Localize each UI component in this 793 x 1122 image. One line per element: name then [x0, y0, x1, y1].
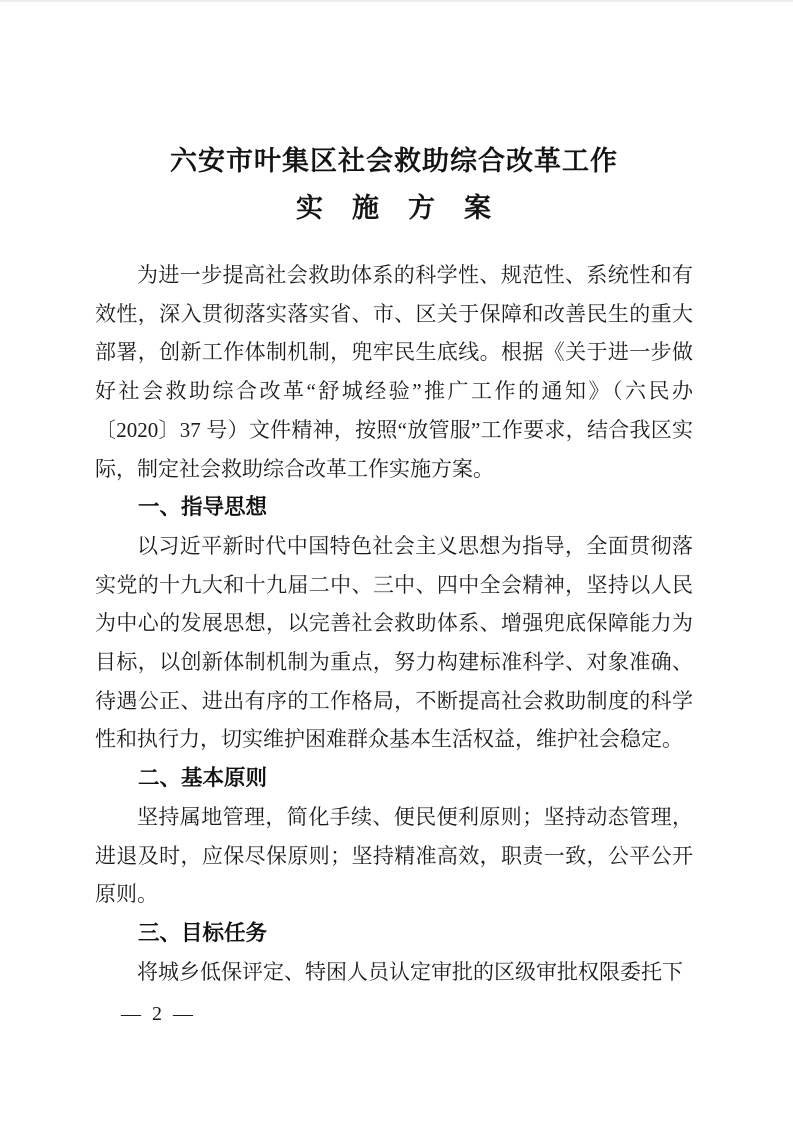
page-number: — 2 —	[121, 1000, 193, 1028]
document-page: 六安市叶集区社会救助综合改革工作 实 施 方 案 为进一步提高社会救助体系的科学…	[0, 0, 793, 1122]
section-heading: 二、基本原则	[95, 759, 693, 798]
document-title-line-1: 六安市叶集区社会救助综合改革工作	[95, 138, 693, 185]
document-title: 六安市叶集区社会救助综合改革工作 实 施 方 案	[95, 138, 693, 232]
section-heading: 三、目标任务	[95, 914, 693, 953]
body-paragraph: 以习近平新时代中国特色社会主义思想为指导，全面贯彻落实党的十九大和十九届二中、三…	[95, 527, 693, 759]
body-paragraph: 将城乡低保评定、特困人员认定审批的区级审批权限委托下	[95, 953, 693, 992]
body-paragraph: 坚持属地管理，简化手续、便民便利原则；坚持动态管理，进退及时，应保尽保原则；坚持…	[95, 798, 693, 914]
scan-edge-artifact	[0, 0, 793, 2]
document-title-line-2: 实 施 方 案	[95, 185, 693, 232]
body-paragraph: 为进一步提高社会救助体系的科学性、规范性、系统性和有效性，深入贯彻落实落实省、市…	[95, 256, 693, 488]
document-body: 为进一步提高社会救助体系的科学性、规范性、系统性和有效性，深入贯彻落实落实省、市…	[95, 256, 693, 991]
section-heading: 一、指导思想	[95, 488, 693, 527]
